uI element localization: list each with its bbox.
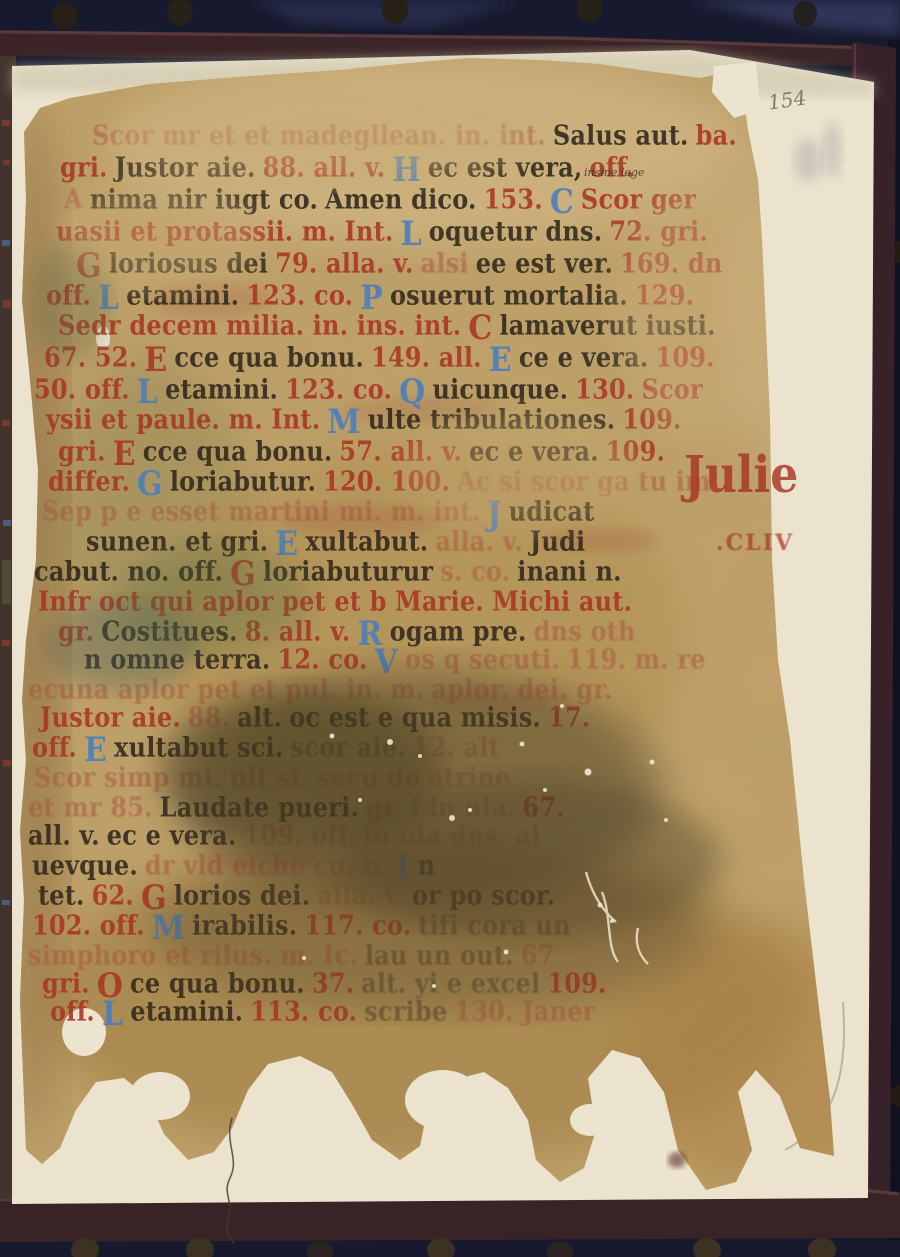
manuscript-text-line: Justor aie.88.alt.oc est e qua misis.17. (40, 704, 597, 731)
text-segment: Infr oct qui aplor pet et b Marie. Michi… (38, 585, 632, 617)
text-segment: 12. alt (413, 731, 500, 763)
text-segment: Salus aut. (553, 119, 689, 151)
text-segment: 88. (188, 701, 230, 733)
text-segment: off. (32, 731, 77, 763)
text-segment: 62. (92, 879, 134, 911)
manuscript-text-line: n omne terra.12. co.Vos q secuti.119. m.… (84, 646, 713, 673)
text-segment: ce e vera. (519, 341, 649, 373)
manuscript-text-line: gri.Oce qua bonu.37.alt. yi e excel109. (42, 970, 614, 997)
text-segment: nima nir iugt co. (90, 183, 318, 215)
text-segment: loriabutur. (170, 465, 316, 497)
manuscript-text-line: Anima nir iugt co.Amen dico.153.CScor ge… (64, 186, 703, 213)
text-segment: 109. (655, 341, 714, 373)
text-segment: 109. off. (243, 819, 356, 851)
text-segment: inani n. (517, 555, 621, 587)
manuscript-text-line: Scor mr et et madegllean. in. int.Salus … (92, 122, 744, 149)
text-segment: Ac si scor ga tu im (457, 465, 711, 497)
folio-roman-numeral: .CLIV (716, 530, 794, 556)
text-segment: Scor simp mi. ult si. secu de atrine (34, 761, 511, 793)
manuscript-text-line: ecuna aplor pet et pul. in. m.aplor. dei… (28, 676, 620, 703)
text-segment: ec e vera. (107, 819, 237, 851)
photo-stage: Scor mr et et madegllean. in. int.Salus … (0, 0, 900, 1257)
manuscript-text-line: 102. off.Mirabilis.117. co.tifi cora un (32, 912, 578, 939)
text-segment: 50. off. (34, 373, 130, 405)
manuscript-text-line: off.Letamini.113. co.scribe130. Janer (50, 998, 602, 1025)
text-segment: oquetur dns. (429, 215, 603, 247)
interlinear-note: insine lege (584, 166, 644, 179)
text-segment: 12. co. (277, 643, 367, 675)
manuscript-text-line: Sedr decem milia. in. ins. int.Clamaveru… (58, 312, 723, 339)
text-segment: ba. (696, 119, 737, 151)
text-segment: 67. 52. (44, 341, 137, 373)
text-segment: Scor (641, 373, 702, 405)
manuscript-text-line: 50. off.Letamini.123. co.Quicunque.130.S… (34, 376, 710, 403)
manuscript-text-line: off.Letamini.123. co.Posuerut mortalia.1… (46, 282, 701, 309)
text-segment: all. v. (28, 819, 100, 851)
text-segment: etamini. (130, 995, 243, 1027)
text-segment: cce qua bonu. (174, 341, 364, 373)
text-segment: etamini. (165, 373, 278, 405)
text-segment: alla. v. (317, 879, 405, 911)
text-segment: lorios dei. (174, 879, 311, 911)
text-segment: 120. 100. (323, 465, 450, 497)
text-segment: Sep p e esset martini mi. m. int. (42, 495, 480, 527)
text-segment: etamini. (126, 279, 239, 311)
manuscript-text-line: all. v.ec e vera.109. off.in uia dns. al (28, 822, 548, 849)
text-segment: 130. (575, 373, 634, 405)
manuscript-text-line: ysii et paule. m. Int.Multe tribulatione… (46, 406, 689, 433)
text-block: Scor mr et et madegllean. in. int.Salus … (0, 0, 900, 1257)
text-segment: gri. (58, 435, 106, 467)
text-segment: uicunque. (432, 373, 568, 405)
text-segment: cabut. no. off. (34, 555, 223, 587)
text-segment: Sedr decem milia. in. ins. int. (58, 309, 461, 341)
text-segment: irabilis. (192, 909, 297, 941)
text-segment: lamaverut iusti. (499, 309, 715, 341)
text-segment: xultabut sci. (114, 731, 283, 763)
text-segment: A (64, 183, 83, 215)
text-segment: ec est vera, (428, 151, 583, 183)
text-segment: 17. (548, 701, 590, 733)
text-segment: osuerut mortalia. (390, 279, 628, 311)
text-segment: off. (46, 279, 91, 311)
manuscript-text-line: simphoro et rilus. m. Ic.lau un out.67 (28, 942, 561, 969)
text-segment: 123. co. (246, 279, 353, 311)
text-segment: Justor aie. (115, 151, 256, 183)
text-segment: 57. all. v. (339, 435, 462, 467)
manuscript-text-line: uasii et protassii. m. Int.Loquetur dns.… (56, 218, 715, 245)
text-segment: L (102, 995, 123, 1034)
manuscript-text-line: Sep p e esset martini mi. m. int.Judicat (42, 498, 601, 525)
text-segment: ec e vera. (469, 435, 599, 467)
text-segment: n omne terra. (84, 643, 270, 675)
text-segment: uevque. (32, 849, 138, 881)
text-segment: Judi (530, 525, 586, 557)
manuscript-text-line: gr.Costitues.8. all. v.Rogam pre.dns oth (58, 618, 643, 645)
text-segment: 109. (622, 403, 681, 435)
manuscript-text-line: sunen. et gri.Exultabut.alla. v.Judi (86, 528, 592, 555)
text-segment: os q secuti. (405, 643, 560, 675)
text-segment: cce qua bonu. (143, 435, 333, 467)
text-segment: 72. gri. (609, 215, 708, 247)
text-segment: ulte tribulationes. (368, 403, 616, 435)
manuscript-text-line: cabut. no. off.Gloriabutururs. co.inani … (34, 558, 629, 585)
text-segment: differ. (48, 465, 130, 497)
text-segment: Scor mr et et madegllean. in. int. (92, 119, 546, 151)
text-segment: tet. (38, 879, 85, 911)
manuscript-text-line: Infr oct qui aplor pet et b Marie. Michi… (38, 588, 639, 615)
text-segment: in uia dns. al (363, 819, 540, 851)
text-segment: gri. (60, 151, 108, 183)
text-segment: ysii et paule. m. Int. (46, 403, 320, 435)
manuscript-text-line: 67. 52.Ecce qua bonu.149. all.Ece e vera… (44, 344, 722, 371)
text-segment: 113. co. (250, 995, 357, 1027)
text-segment: alsi (421, 247, 469, 279)
text-segment: 149. all. (371, 341, 482, 373)
text-segment: udicat (509, 495, 595, 527)
manuscript-text-line: differ.Gloriabutur.120. 100.Ac si scor g… (48, 468, 718, 495)
text-segment: or po scor. (412, 879, 555, 911)
text-segment: ee est ver. (476, 247, 613, 279)
text-segment: Justor aie. (40, 701, 181, 733)
text-segment: 88. all. v. (263, 151, 386, 183)
text-segment: 117. co. (304, 909, 411, 941)
text-segment: 102. off. (32, 909, 145, 941)
text-segment: 109. (606, 435, 665, 467)
text-segment: 153. (484, 183, 543, 215)
text-segment: 79. alla. v. (275, 247, 413, 279)
text-segment: 119. m. re (567, 643, 706, 675)
text-segment: alla. v. (435, 525, 523, 557)
manuscript-text-line: Scor simp mi. ult si. secu de atrine (34, 764, 518, 791)
text-segment: loriabuturur (263, 555, 433, 587)
manuscript-text-line: gri.Ecce qua bonu.57. all. v.ec e vera.1… (58, 438, 672, 465)
text-segment: uasii et protassii. m. Int. (56, 215, 393, 247)
manuscript-text-line: tet.62.Glorios dei.alla. v.or po scor. (38, 882, 562, 909)
month-heading: Julie (684, 446, 798, 505)
text-segment: Amen dico. (325, 183, 477, 215)
text-segment: off. (50, 995, 95, 1027)
text-segment: xultabut. (305, 525, 428, 557)
text-segment: loriosus dei (109, 247, 268, 279)
text-segment: alt. (237, 701, 282, 733)
text-segment: scor aie. (290, 731, 405, 763)
manuscript-text-line: gri.Justor aie.88. all. v.Hec est vera,o… (60, 154, 641, 181)
text-segment: 130. Janer (454, 995, 595, 1027)
text-segment: s. co. (440, 555, 510, 587)
manuscript-text-line: off.Exultabut sci.scor aie.12. alt (32, 734, 507, 761)
text-segment: sunen. et gri. (86, 525, 268, 557)
manuscript-text-line: uevque.dr vld eiche cu. n.In (32, 852, 442, 879)
text-segment: Scor ger (581, 183, 696, 215)
text-segment: 129. (635, 279, 694, 311)
manuscript-text-line: et mr 85.Laudate pueri.gr. i in nia.67. (28, 794, 572, 821)
text-segment: oc est e qua misis. (289, 701, 541, 733)
text-segment: n (418, 849, 436, 881)
text-segment: 123. co. (285, 373, 392, 405)
manuscript-text-line: Gloriosus dei79. alla. v.alsiee est ver.… (76, 250, 729, 277)
text-segment: 169. dn (620, 247, 722, 279)
text-segment: tifi cora un (418, 909, 570, 941)
text-segment: scribe (364, 995, 447, 1027)
text-segment: dr vld eiche cu. n. (145, 849, 389, 881)
